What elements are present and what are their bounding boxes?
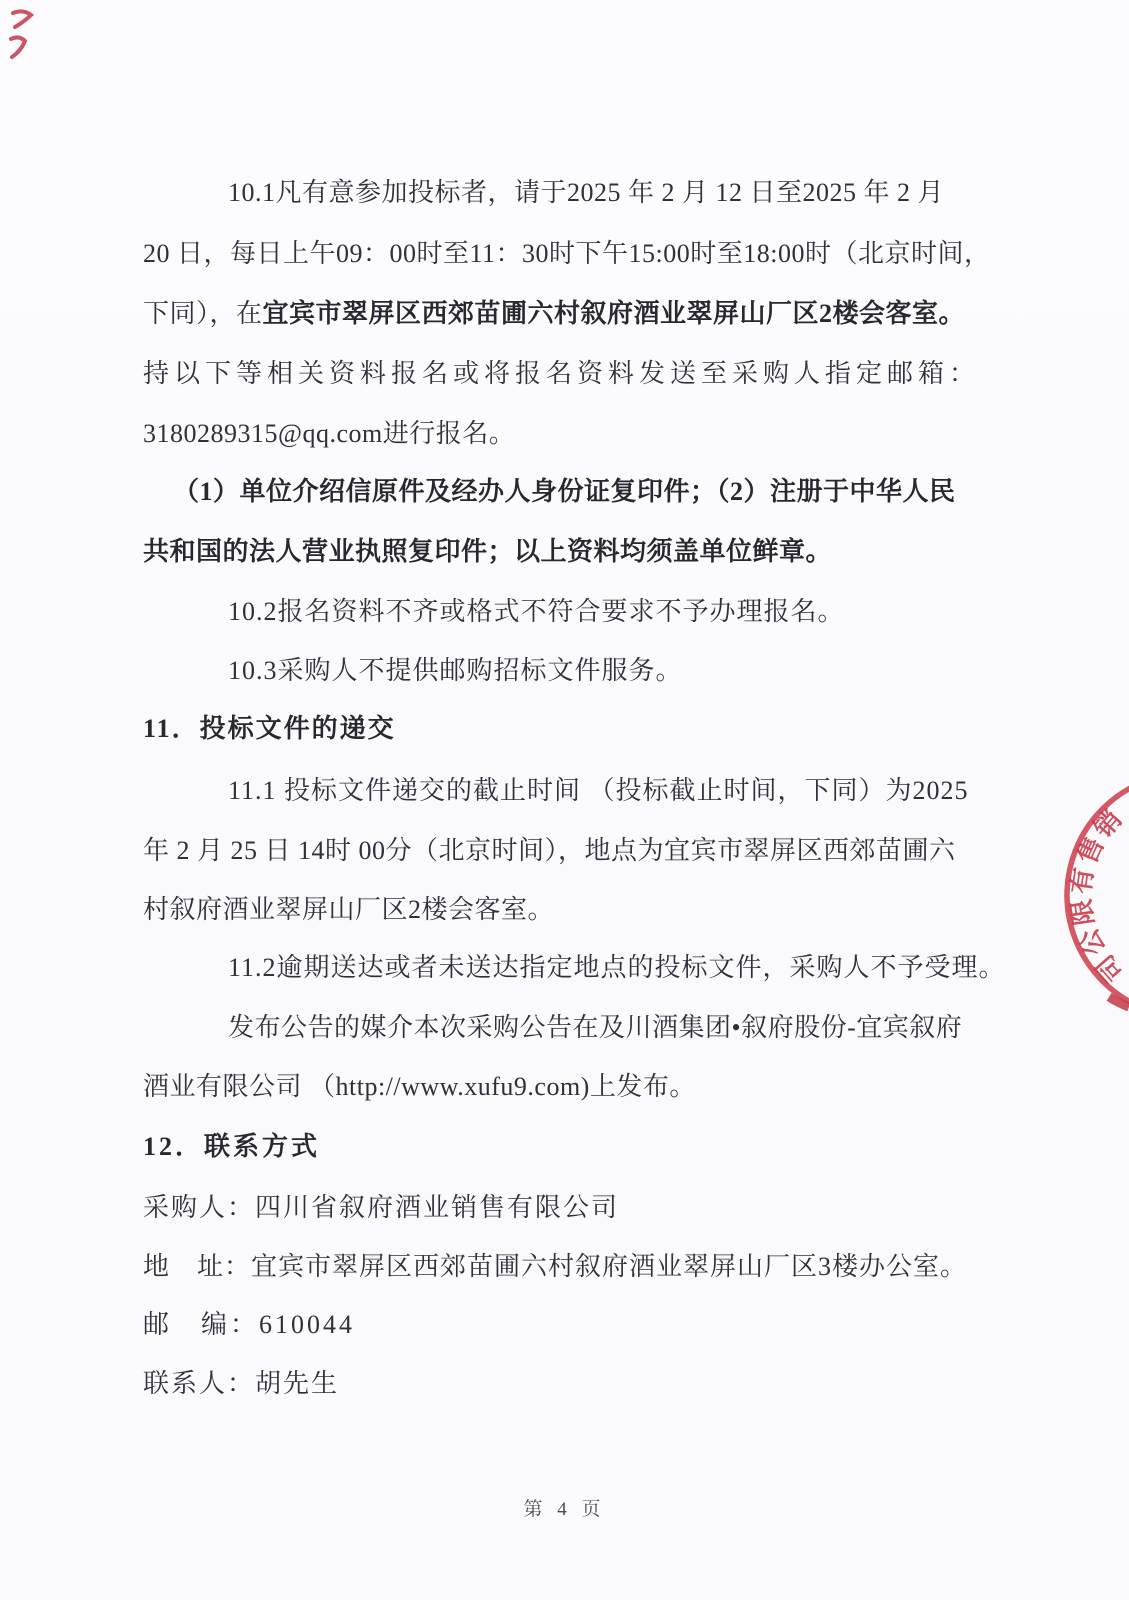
para-11-2: 11.2逾期送达或者未送达指定地点的投标文件，采购人不予受理。	[143, 953, 1098, 983]
red-ink-mark-icon	[5, 5, 45, 65]
para-11-1-line-3: 村叙府酒业翠屏山厂区2楼会客室。	[143, 895, 1013, 925]
para-10-1-line-1: 10.1凡有意参加投标者，请于2025 年 2 月 12 日至2025 年 2 …	[143, 178, 1098, 208]
scanned-document-page: 10.1凡有意参加投标者，请于2025 年 2 月 12 日至2025 年 2 …	[0, 0, 1129, 1600]
para-10-1-line-4: 持以下等相关资料报名或将报名资料发送至采购人指定邮箱：	[143, 359, 1013, 389]
para-10-1-line-3-regular: 下同），在	[143, 299, 263, 328]
para-requirements-line-2: 共和国的法人营业执照复印件；以上资料均须盖单位鲜章。	[143, 537, 1013, 567]
section-heading-12: 12．联系方式	[143, 1132, 1013, 1162]
para-10-1-line-3: 下同），在宜宾市翠屏区西郊苗圃六村叙府酒业翠屏山厂区2楼会客室。	[143, 299, 1013, 329]
page-number: 第 4 页	[0, 1494, 1129, 1521]
para-10-1-line-3-bold-address: 宜宾市翠屏区西郊苗圃六村叙府酒业翠屏山厂区2楼会客室。	[263, 299, 966, 328]
para-media-line-2-url: 酒业有限公司 （http://www.xufu9.com)上发布。	[143, 1072, 1013, 1102]
contact-address: 地 址：宜宾市翠屏区西郊苗圃六村叙府酒业翠屏山厂区3楼办公室。	[143, 1252, 1013, 1282]
contact-person: 联系人：胡先生	[143, 1369, 1013, 1399]
para-10-1-line-2: 20 日，每日上午09：00时至11：30时下午15:00时至18:00时（北京…	[143, 239, 1013, 269]
para-10-3: 10.3采购人不提供邮购招标文件服务。	[143, 656, 1098, 686]
contact-postcode: 邮 编：610044	[143, 1310, 1013, 1340]
para-11-1-line-2: 年 2 月 25 日 14时 00分（北京时间），地点为宜宾市翠屏区西郊苗圃六	[143, 836, 1013, 866]
para-11-1-line-1: 11.1 投标文件递交的截止时间 （投标截止时间，下同）为2025	[143, 776, 1098, 806]
para-requirements-line-1: （1）单位介绍信原件及经办人身份证复印件；（2）注册于中华人民	[143, 477, 1043, 507]
para-media-line-1: 发布公告的媒介本次采购公告在及川酒集团•叙府股份-宜宾叙府	[143, 1013, 1098, 1043]
seal-ring-smudge	[1109, 997, 1129, 1007]
section-heading-11: 11．投标文件的递交	[143, 714, 1013, 744]
para-10-2: 10.2报名资料不齐或格式不符合要求不予办理报名。	[143, 597, 1098, 627]
contact-purchaser: 采购人：四川省叙府酒业销售有限公司	[143, 1193, 1013, 1223]
para-10-1-line-5-email: 3180289315@qq.com进行报名。	[143, 419, 1013, 449]
